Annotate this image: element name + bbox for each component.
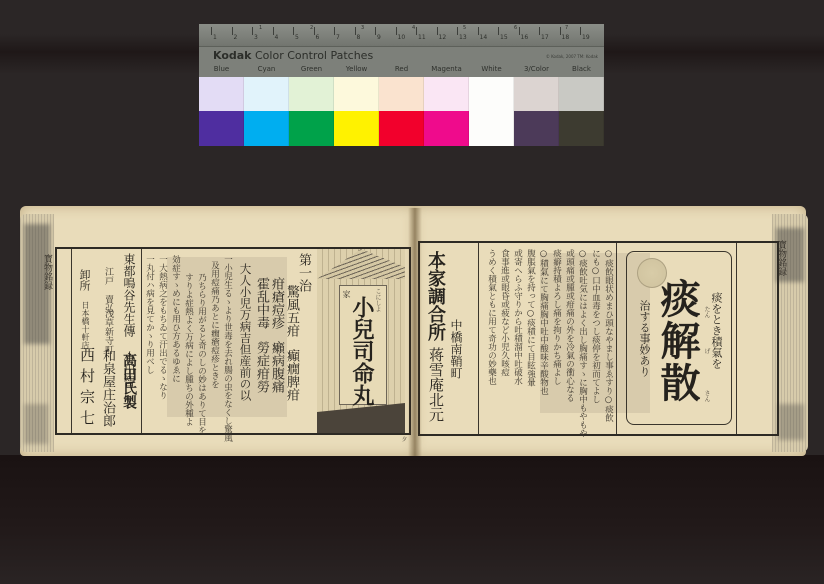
- ruler-number: 8: [357, 34, 361, 41]
- indication-1: 驚風五疳: [285, 285, 298, 337]
- dark-patch-3color: [514, 111, 559, 146]
- right-body-column-8: 或寄へらふ守りから吐積溜中吐破水: [513, 249, 522, 385]
- indication-5: 霍乱中毒: [255, 277, 268, 329]
- title-ruby-1: たん: [703, 306, 709, 318]
- ruler-tick: [293, 27, 294, 35]
- right-body-column-3: ○痰飲吐気にはよく出し胸痛すゝに胸中もやもや: [578, 249, 587, 438]
- body-column-3: 乃ちらり用がると奇のしの妙はありて目を: [197, 273, 206, 435]
- patch-label-magenta: Magenta: [424, 65, 469, 76]
- book-gutter: [408, 208, 422, 456]
- ruler-inch-number: 2: [310, 25, 313, 31]
- indication-6: 勞症疳勞: [255, 341, 268, 393]
- right-page: 寳物銘録 本家調合所 中橋南鞘町 蒋雪庵北元 ○痰飲眼状めまひ頭なやまし事ゑすり…: [414, 206, 806, 456]
- ruler-number: 18: [562, 34, 570, 41]
- ruler-number: 10: [398, 34, 406, 41]
- publisher-label: 本家調合所: [426, 251, 444, 341]
- wholesale-label: 卸所: [79, 269, 90, 291]
- ruler-number: 7: [336, 34, 340, 41]
- patch-label-green: Green: [289, 65, 334, 76]
- body-column-2: 及用痘痛乃あとに癇瘡痘疹ときを: [210, 261, 219, 389]
- patch-label-black: Black: [559, 65, 604, 76]
- ruler-tick: [273, 27, 274, 35]
- dark-patch-yellow: [334, 111, 379, 146]
- ruler-tick: [519, 27, 520, 35]
- ruler-tick: [334, 27, 335, 35]
- light-patch-red: [379, 77, 424, 111]
- ruler-number: 5: [295, 34, 299, 41]
- right-body-column-4: 或頭痛或腫或疳痛の外を冷氣の衝心なる: [565, 249, 574, 402]
- ruler-inch-number: 1: [259, 25, 262, 31]
- ruler-tick: [560, 27, 561, 35]
- dark-patch-row: [199, 111, 604, 146]
- ruler-number: 11: [418, 34, 426, 41]
- kodak-title: Kodak Color Control Patches: [213, 49, 373, 62]
- dark-patch-red: [379, 111, 424, 146]
- signboard-illustration: こにしよ 家 小兒司命丸: [317, 249, 405, 433]
- body-column-1: 一小児生るゝより世毒を去れ腸の虫をなくし驚風: [223, 255, 232, 442]
- body-column-5: 効症すゝめにも用ひ方あるゆゑに: [171, 255, 180, 383]
- ruler-tick: [539, 27, 540, 35]
- edge-print-smudge: [778, 404, 804, 440]
- light-patch-row: [199, 77, 604, 111]
- patch-label-blue: Blue: [199, 65, 244, 76]
- patch-label-white: White: [469, 65, 514, 76]
- body-column-7: 一丸付ハ病を見てかゝり用べし: [145, 255, 154, 374]
- seller-area: 浅草新寺町: [103, 309, 112, 354]
- column-rule: [141, 249, 142, 433]
- light-patch-yellow: [334, 77, 379, 111]
- ruler-tick: [396, 27, 397, 35]
- ruler-tick: [416, 27, 417, 35]
- indication-3: 疳瘡痘疹: [270, 277, 283, 329]
- publisher-area: 中橋南鞘町: [450, 319, 462, 379]
- title-ruby-3: さん: [703, 390, 709, 402]
- subtitle-line-2: 治する事妙あり: [639, 300, 650, 377]
- body-column-6: 一大熱病之をもちゐて汗出でるゝなり: [158, 255, 167, 400]
- ruler-number: 13: [459, 34, 467, 41]
- ruler-inch-number: 7: [565, 25, 568, 31]
- indication-4: 癩病腹痛: [270, 341, 283, 393]
- kodak-title-text: Color Control Patches: [255, 49, 373, 62]
- ruler-number: 15: [500, 34, 508, 41]
- left-page-frame: こにしよ 家 小兒司命丸 第一治 驚風五疳 癲癇脾疳 疳瘡痘疹 癩病腹痛 霍乱中…: [55, 247, 411, 435]
- ruler-tick: [252, 27, 253, 35]
- light-patch-black: [559, 77, 604, 111]
- wholesale-area: 日本橋十軒店: [81, 301, 89, 349]
- kodak-color-target: 123456789101112131415161718191234567 Kod…: [199, 24, 604, 146]
- signboard: こにしよ 家 小兒司命丸: [339, 285, 387, 405]
- subtitle-line-1: 痰をとき積氣を: [711, 292, 722, 369]
- right-body-column-7: 腹脹氣を持って○痰積にて目眩強暈: [526, 249, 535, 387]
- ruler-number: 6: [316, 34, 320, 41]
- ruler-tick: [498, 27, 499, 35]
- light-patch-green: [289, 77, 334, 111]
- product-title-tangesan: 痰解散: [657, 278, 697, 404]
- column-rule: [71, 249, 72, 433]
- ruler-tick: [457, 27, 458, 35]
- ruler-number: 3: [254, 34, 258, 41]
- ruler-number: 2: [234, 34, 238, 41]
- patch-label-yellow: Yellow: [334, 65, 379, 76]
- left-fore-edge: [20, 214, 54, 452]
- dose-line: 大人小児万病吉但産前の以: [239, 263, 251, 401]
- light-patch-cyan: [244, 77, 289, 111]
- edge-print-smudge: [24, 404, 48, 444]
- right-body-column-1: ○痰飲眼状めまひ頭なやまし事ゑすり○痰飲: [604, 249, 613, 422]
- indication-2: 癲癇脾疳: [285, 349, 298, 401]
- right-body-column-2: にも○口中血毒をつし痰停を初而てよし: [591, 249, 600, 404]
- ruler-inch-number: 3: [361, 25, 364, 31]
- dark-patch-green: [289, 111, 334, 146]
- roof-drawing: [317, 249, 405, 279]
- ruler-tick: [478, 27, 479, 35]
- seller-label: 江戸 賣弘: [103, 267, 112, 313]
- ruler-number: 1: [213, 34, 217, 41]
- light-patch-blue: [199, 77, 244, 111]
- ruler-number: 9: [377, 34, 381, 41]
- kodak-copyright: © Kodak, 2007 TM: Kodak: [546, 54, 598, 59]
- light-patch-magenta: [424, 77, 469, 111]
- patch-labels: Blue Cyan Green Yellow Red Magenta White…: [199, 65, 604, 76]
- right-page-frame: 本家調合所 中橋南鞘町 蒋雪庵北元 ○痰飲眼状めまひ頭なやまし事ゑすり○痰飲 に…: [418, 241, 779, 436]
- right-body-column-9: 食事進或眼昏或疲など小児久咳痘: [500, 249, 509, 377]
- signboard-stand: [317, 403, 405, 433]
- dark-patch-blue: [199, 111, 244, 146]
- ruler-inch-number: 6: [514, 25, 517, 31]
- dark-patch-white: [469, 111, 514, 146]
- dark-patch-black: [559, 111, 604, 146]
- measurement-ruler: 123456789101112131415161718191234567: [199, 24, 604, 47]
- product-title-shonishimeigan: 小兒司命丸: [351, 296, 373, 406]
- ruler-number: 14: [480, 34, 488, 41]
- ruler-tick: [375, 27, 376, 35]
- body-column-4: すりよ症熱よく万病によし腫ちの外種よ: [184, 273, 193, 426]
- ruler-tick: [211, 27, 212, 35]
- left-fore-edge-title: 寳物銘録: [42, 254, 51, 290]
- ruler-tick: [232, 27, 233, 35]
- right-body-column-5: 痰癖持積よろし痛を拘りかち痛よし: [552, 249, 561, 385]
- open-book: 寳物銘録 こにしよ 家 小兒司命丸 第一治 驚風五疳 癲癇脾疳 疳瘡痘疹 癩病腹…: [20, 206, 810, 458]
- column-rule: [736, 243, 737, 434]
- title-ruby-2: げ: [703, 348, 709, 354]
- dark-patch-cyan: [244, 111, 289, 146]
- title-cartouche: 痰解散 たん げ さん 痰をとき積氣を 治する事妙あり: [626, 251, 732, 425]
- ruler-inch-number: 4: [412, 25, 415, 31]
- patch-label-3color: 3/Color: [514, 65, 559, 76]
- ruler-tick: [314, 27, 315, 35]
- maker-brand: 高田氏製: [122, 353, 136, 409]
- ruler-inch-number: 5: [463, 25, 466, 31]
- ruler-number: 12: [439, 34, 447, 41]
- ruler-number: 19: [582, 34, 590, 41]
- left-page: 寳物銘録 こにしよ 家 小兒司命丸 第一治 驚風五疳 癲癇脾疳 疳瘡痘疹 癩病腹…: [20, 206, 415, 456]
- ruler-tick: [355, 27, 356, 35]
- patch-label-cyan: Cyan: [244, 65, 289, 76]
- ruler-tick: [580, 27, 581, 35]
- ruler-number: 4: [275, 34, 279, 41]
- page-mark: 夕: [402, 436, 407, 443]
- dark-patch-magenta: [424, 111, 469, 146]
- seller-name: 和泉屋庄治郎: [101, 349, 114, 427]
- wholesale-name: 西村宗七: [79, 347, 94, 431]
- ruler-tick: [437, 27, 438, 35]
- right-body-column-6: ○積氣にて胸痛胸中吐中酸味辛酸物也: [539, 249, 548, 395]
- ruler-number: 17: [541, 34, 549, 41]
- ruler-number: 16: [521, 34, 529, 41]
- publisher-name: 蒋雪庵北元: [428, 347, 443, 422]
- kodak-brand: Kodak: [213, 49, 252, 62]
- light-patch-white: [469, 77, 514, 111]
- background-lower-shadow: [0, 455, 824, 584]
- column-rule: [478, 243, 479, 434]
- light-patch-3color: [514, 77, 559, 111]
- column-rule: [616, 243, 617, 434]
- right-body-column-10: うめく積氣ともに用て奇功の妙藥也: [487, 249, 496, 385]
- patch-label-red: Red: [379, 65, 424, 76]
